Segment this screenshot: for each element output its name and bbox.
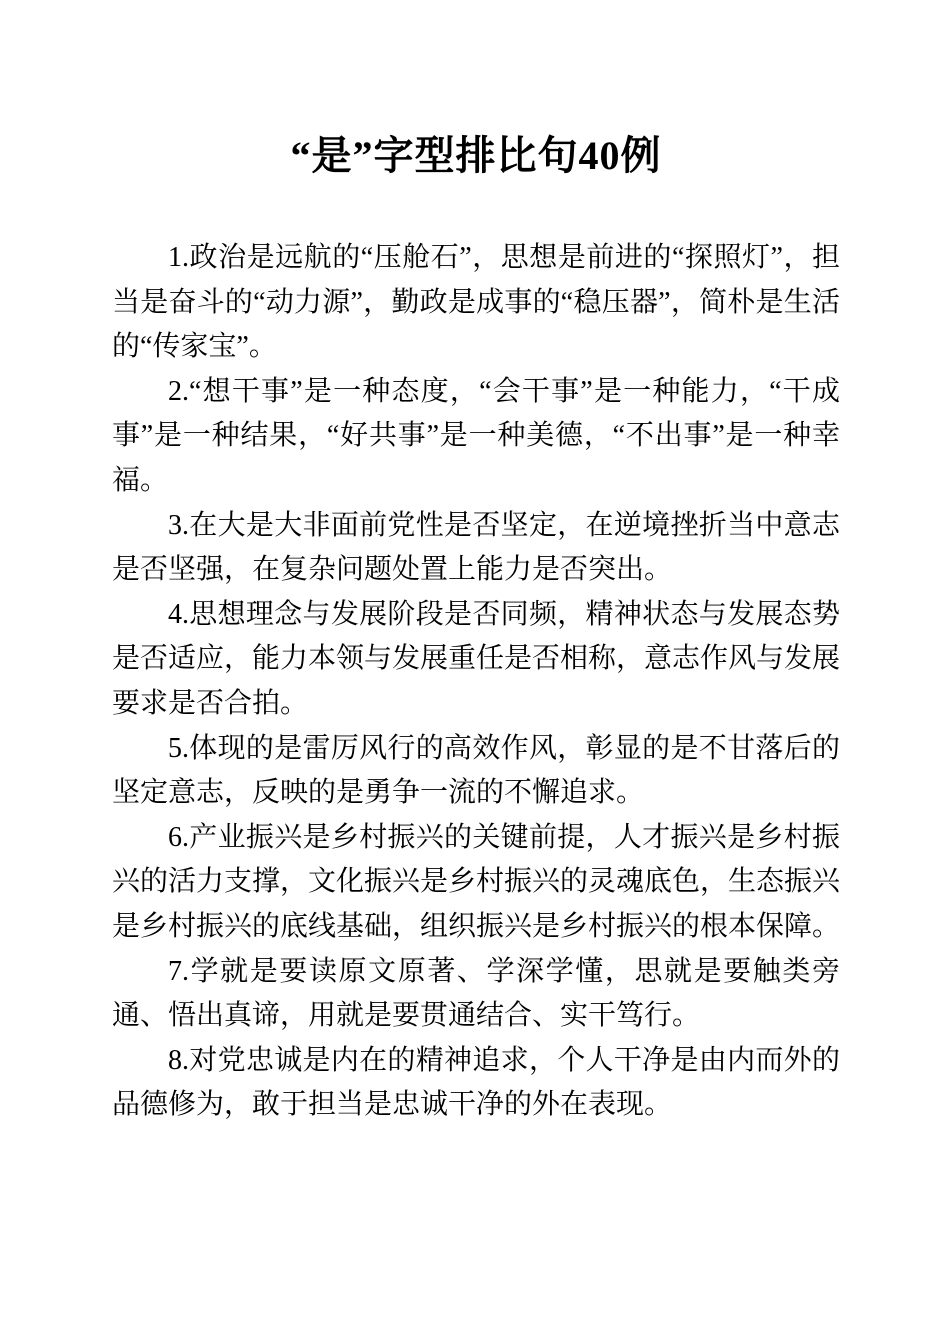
paragraph-1: 1.政治是远航的“压舱石”，思想是前进的“探照灯”，担当是奋斗的“动力源”，勤政… bbox=[112, 236, 840, 370]
document-body: 1.政治是远航的“压舱石”，思想是前进的“探照灯”，担当是奋斗的“动力源”，勤政… bbox=[112, 236, 840, 1128]
paragraph-2: 2.“想干事”是一种态度，“会干事”是一种能力，“干成事”是一种结果，“好共事”… bbox=[112, 370, 840, 504]
paragraph-3: 3.在大是大非面前党性是否坚定，在逆境挫折当中意志是否坚强，在复杂问题处置上能力… bbox=[112, 504, 840, 593]
paragraph-7: 7.学就是要读原文原著、学深学懂，思就是要触类旁通、悟出真谛，用就是要贯通结合、… bbox=[112, 950, 840, 1039]
paragraph-6: 6.产业振兴是乡村振兴的关键前提，人才振兴是乡村振兴的活力支撑，文化振兴是乡村振… bbox=[112, 816, 840, 950]
paragraph-5: 5.体现的是雷厉风行的高效作风，彰显的是不甘落后的坚定意志，反映的是勇争一流的不… bbox=[112, 727, 840, 816]
document-title: “是”字型排比句40例 bbox=[112, 130, 840, 182]
document-page: “是”字型排比句40例 1.政治是远航的“压舱石”，思想是前进的“探照灯”，担当… bbox=[0, 0, 950, 1344]
paragraph-4: 4.思想理念与发展阶段是否同频，精神状态与发展态势是否适应，能力本领与发展重任是… bbox=[112, 593, 840, 727]
paragraph-8: 8.对党忠诚是内在的精神追求，个人干净是由内而外的品德修为，敢于担当是忠诚干净的… bbox=[112, 1039, 840, 1128]
